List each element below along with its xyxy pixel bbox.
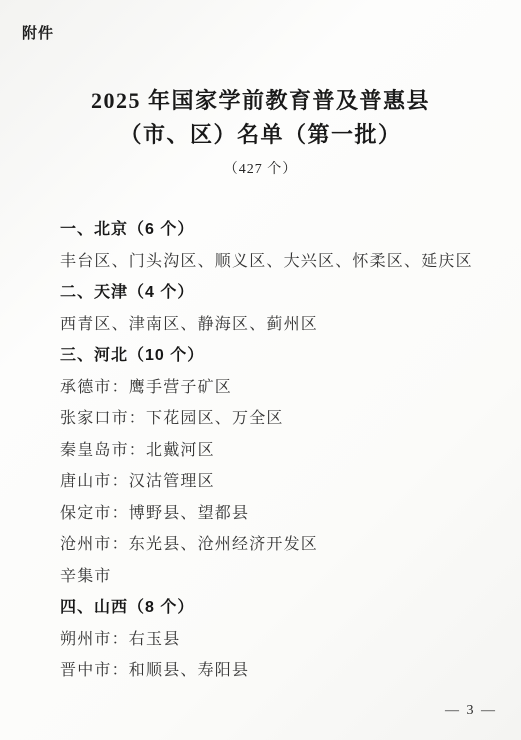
- list-item: 沧州市：东光县、沧州经济开发区: [60, 529, 485, 561]
- page-number: — 3 —: [445, 703, 497, 719]
- attachment-label: 附件: [22, 22, 54, 43]
- list-item: 丰台区、门头沟区、顺义区、大兴区、怀柔区、延庆区: [60, 246, 485, 278]
- region-list: 一、北京（6 个） 丰台区、门头沟区、顺义区、大兴区、怀柔区、延庆区 二、天津（…: [60, 214, 485, 687]
- section-heading-beijing: 一、北京（6 个）: [60, 214, 485, 246]
- list-item: 朔州市：右玉县: [60, 624, 485, 656]
- list-item: 保定市：博野县、望都县: [60, 498, 485, 530]
- section-heading-tianjin: 二、天津（4 个）: [60, 277, 485, 309]
- list-item: 承德市：鹰手营子矿区: [60, 372, 485, 404]
- list-item: 晋中市：和顺县、寿阳县: [60, 655, 485, 687]
- list-item: 张家口市：下花园区、万全区: [60, 403, 485, 435]
- title-line-1: 2025 年国家学前教育普及普惠县: [0, 84, 521, 118]
- list-item: 唐山市：汉沽管理区: [60, 466, 485, 498]
- document-page: 附件 2025 年国家学前教育普及普惠县 （市、区）名单（第一批） （427 个…: [0, 0, 521, 740]
- total-count: （427 个）: [0, 158, 521, 178]
- list-item: 秦皇岛市：北戴河区: [60, 435, 485, 467]
- list-item: 西青区、津南区、静海区、蓟州区: [60, 309, 485, 341]
- list-item: 辛集市: [60, 561, 485, 593]
- title-line-2: （市、区）名单（第一批）: [0, 118, 521, 152]
- section-heading-shanxi: 四、山西（8 个）: [60, 592, 485, 624]
- section-heading-hebei: 三、河北（10 个）: [60, 340, 485, 372]
- page-title: 2025 年国家学前教育普及普惠县 （市、区）名单（第一批）: [0, 84, 521, 152]
